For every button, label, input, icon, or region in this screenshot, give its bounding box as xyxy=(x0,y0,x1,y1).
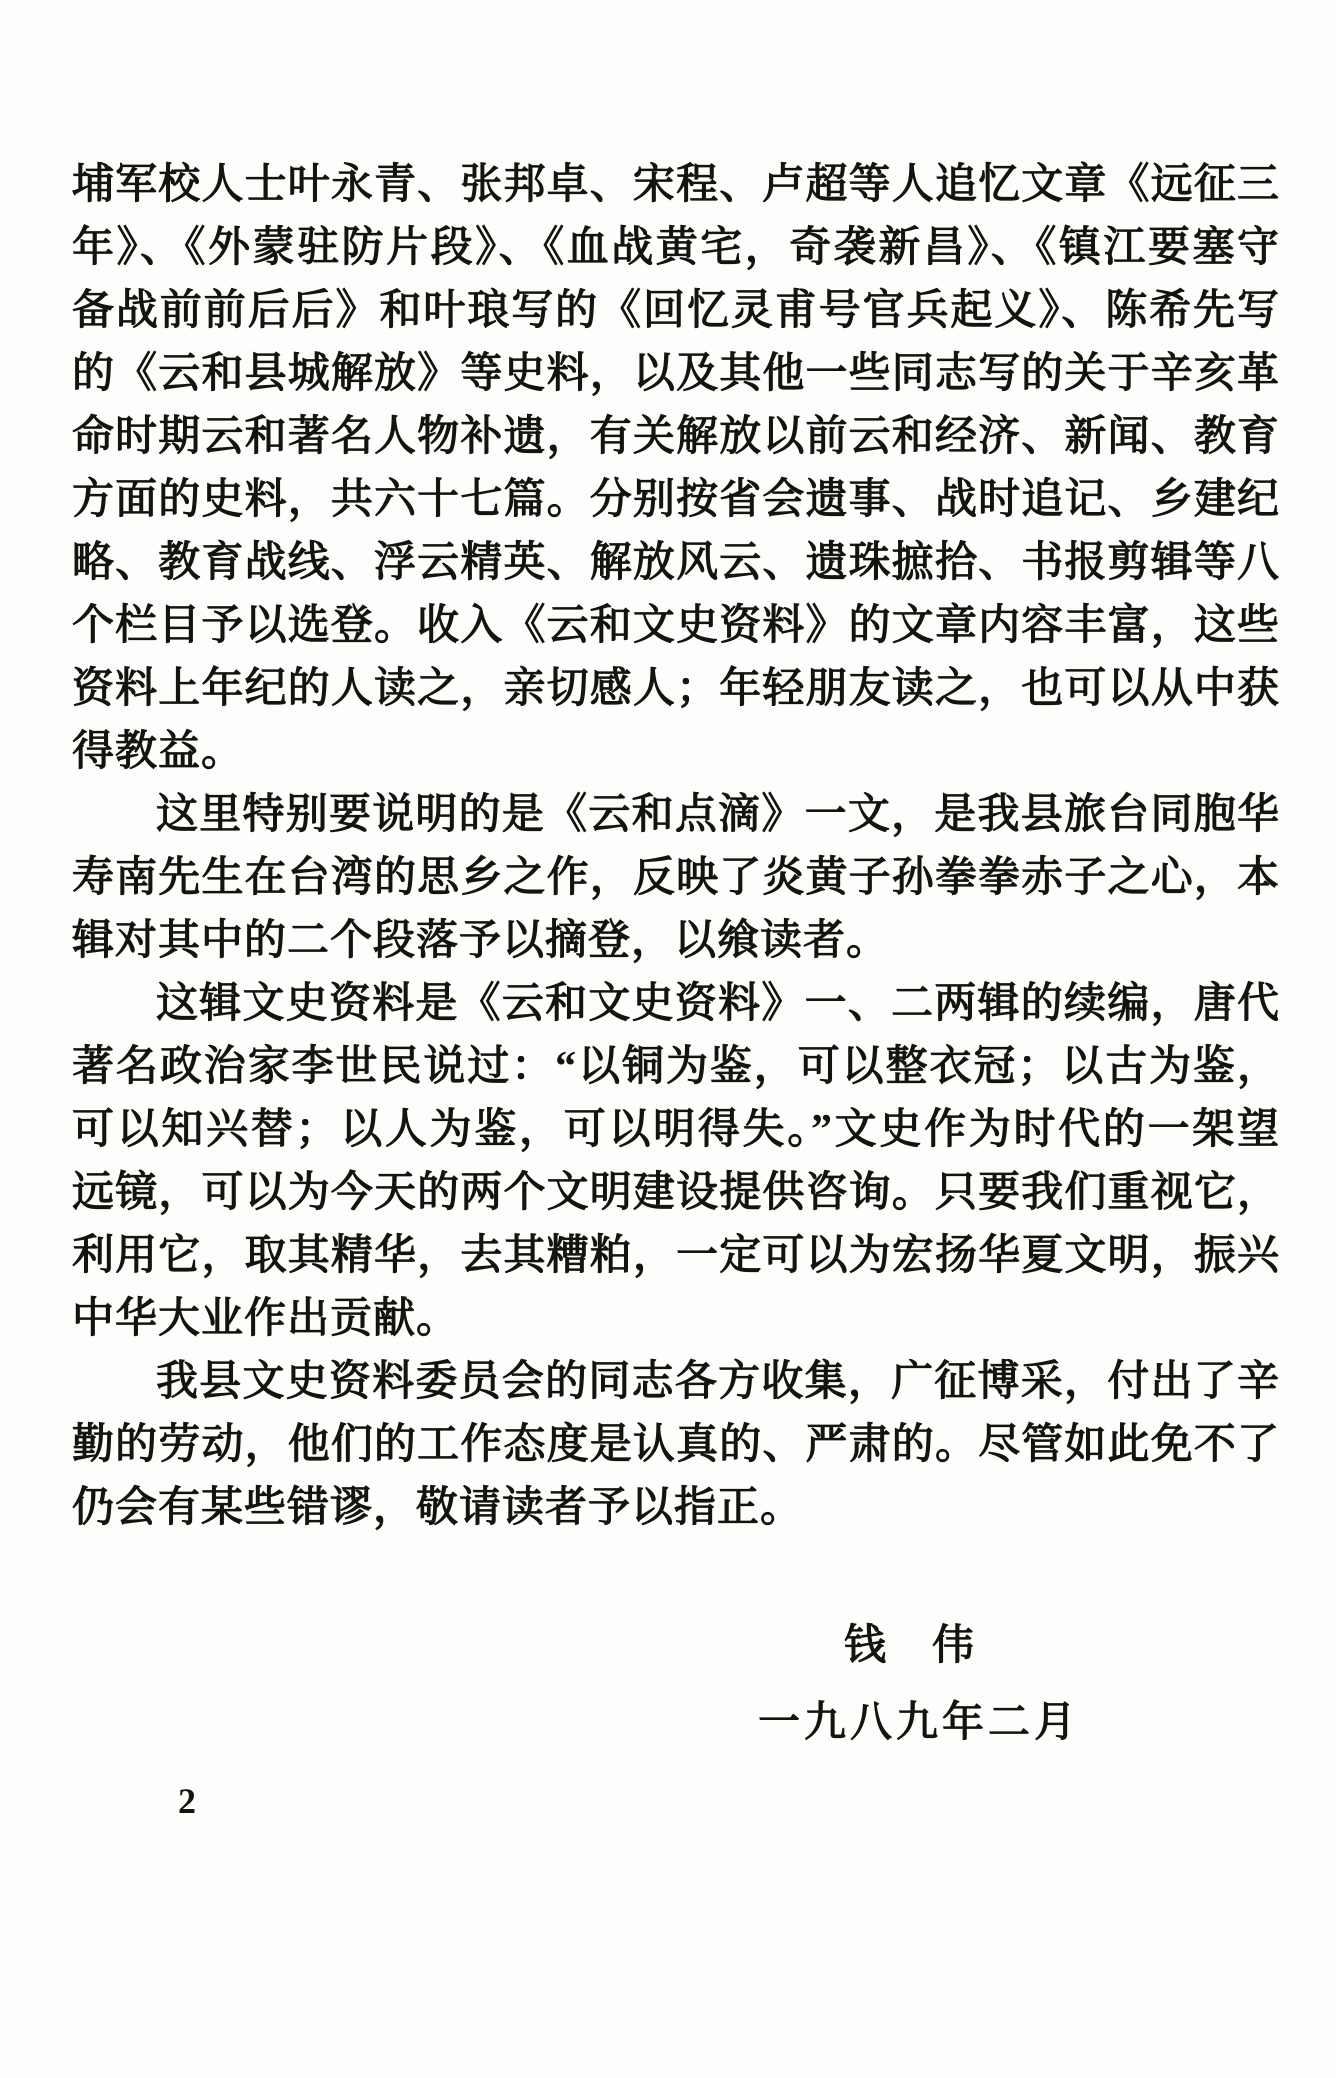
text-line: 中华大业作出贡献。 xyxy=(72,1288,1280,1351)
preface-body-text: 埔军校人士叶永青、张邦卓、宋程、卢超等人追忆文章《远征三 年》、《外蒙驻防片段》… xyxy=(72,154,1280,1540)
signature-name: 钱 伟 xyxy=(72,1615,976,1678)
text-line: 勤的劳动，他们的工作态度是认真的、严肃的。尽管如此免不了 xyxy=(72,1414,1280,1477)
text-line: 年》、《外蒙驻防片段》、《血战黄宅，奇袭新昌》、《镇江要塞守 xyxy=(72,217,1280,280)
text-line: 远镜，可以为今天的两个文明建设提供咨询。只要我们重视它， xyxy=(72,1162,1280,1225)
text-line: 可以知兴替；以人为鉴，可以明得失。”文史作为时代的一架望 xyxy=(72,1099,1280,1162)
page-number: 2 xyxy=(178,1780,196,1822)
text-line: 这里特别要说明的是《云和点滴》一文，是我县旅台同胞华 xyxy=(72,784,1280,847)
text-line: 我县文史资料委员会的同志各方收集，广征博采，付出了辛 xyxy=(72,1351,1280,1414)
text-line: 仍会有某些错谬，敬请读者予以指正。 xyxy=(72,1477,1280,1540)
text-line: 个栏目予以选登。收入《云和文史资料》的文章内容丰富，这些 xyxy=(72,595,1280,658)
text-line: 著名政治家李世民说过：“以铜为鉴，可以整衣冠；以古为鉴， xyxy=(72,1036,1280,1099)
signature-block: 钱 伟 一九八九年二月 xyxy=(72,1615,1080,1755)
text-line: 方面的史料，共六十七篇。分别按省会遗事、战时追记、乡建纪 xyxy=(72,469,1280,532)
text-line: 寿南先生在台湾的思乡之作，反映了炎黄子孙拳拳赤子之心，本 xyxy=(72,847,1280,910)
text-line: 备战前前后后》和叶琅写的《回忆灵甫号官兵起义》、陈希先写 xyxy=(72,280,1280,343)
text-line: 的《云和县城解放》等史料，以及其他一些同志写的关于辛亥革 xyxy=(72,343,1280,406)
signature-date: 一九八九年二月 xyxy=(72,1692,1080,1755)
text-line: 资料上年纪的人读之，亲切感人；年轻朋友读之，也可以从中获 xyxy=(72,658,1280,721)
text-line: 得教益。 xyxy=(72,721,1280,784)
text-line: 利用它，取其精华，去其糟粕，一定可以为宏扬华夏文明，振兴 xyxy=(72,1225,1280,1288)
text-line: 这辑文史资料是《云和文史资料》一、二两辑的续编，唐代 xyxy=(72,973,1280,1036)
scanned-document-page: 埔军校人士叶永青、张邦卓、宋程、卢超等人追忆文章《远征三 年》、《外蒙驻防片段》… xyxy=(0,0,1336,2078)
text-line: 埔军校人士叶永青、张邦卓、宋程、卢超等人追忆文章《远征三 xyxy=(72,154,1280,217)
text-line: 略、教育战线、浮云精英、解放风云、遗珠摭拾、书报剪辑等八 xyxy=(72,532,1280,595)
text-line: 命时期云和著名人物补遗，有关解放以前云和经济、新闻、教育 xyxy=(72,406,1280,469)
text-line: 辑对其中的二个段落予以摘登，以飨读者。 xyxy=(72,910,1280,973)
